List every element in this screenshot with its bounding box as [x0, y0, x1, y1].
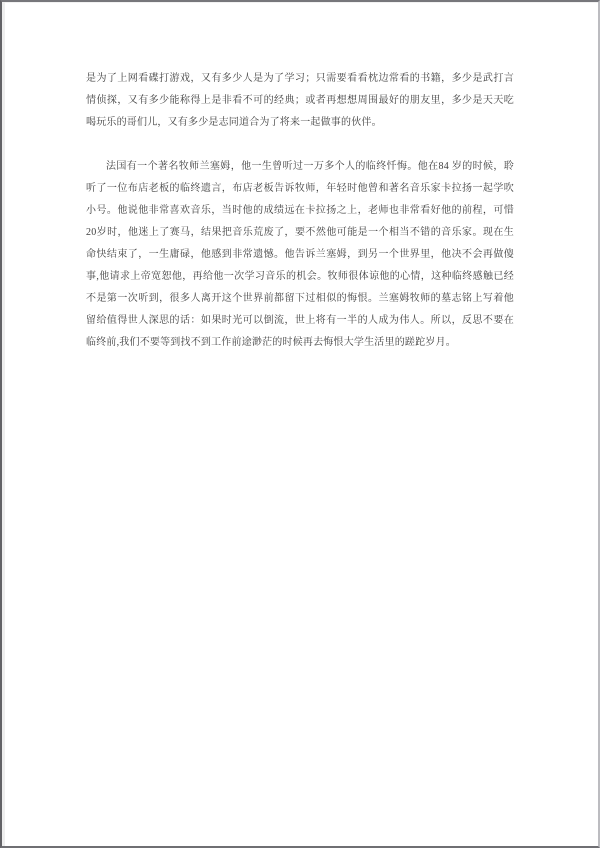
document-text-block: 是为了上网看碟打游戏，又有多少人是为了学习；只需要看看枕边常看的书籍，多少是武打… [86, 68, 514, 354]
text-paragraph-1: 是为了上网看碟打游戏，又有多少人是为了学习；只需要看看枕边常看的书籍，多少是武打… [86, 68, 514, 134]
screenshot-root: 是为了上网看碟打游戏，又有多少人是为了学习；只需要看看枕边常看的书籍，多少是武打… [0, 0, 600, 848]
document-page: 是为了上网看碟打游戏，又有多少人是为了学习；只需要看看枕边常看的书籍，多少是武打… [0, 0, 600, 848]
text-paragraph-2: 法国有一个著名牧师兰塞姆，他一生曾听过一万多个人的临终忏悔。他在84 岁的时候，… [86, 156, 514, 354]
